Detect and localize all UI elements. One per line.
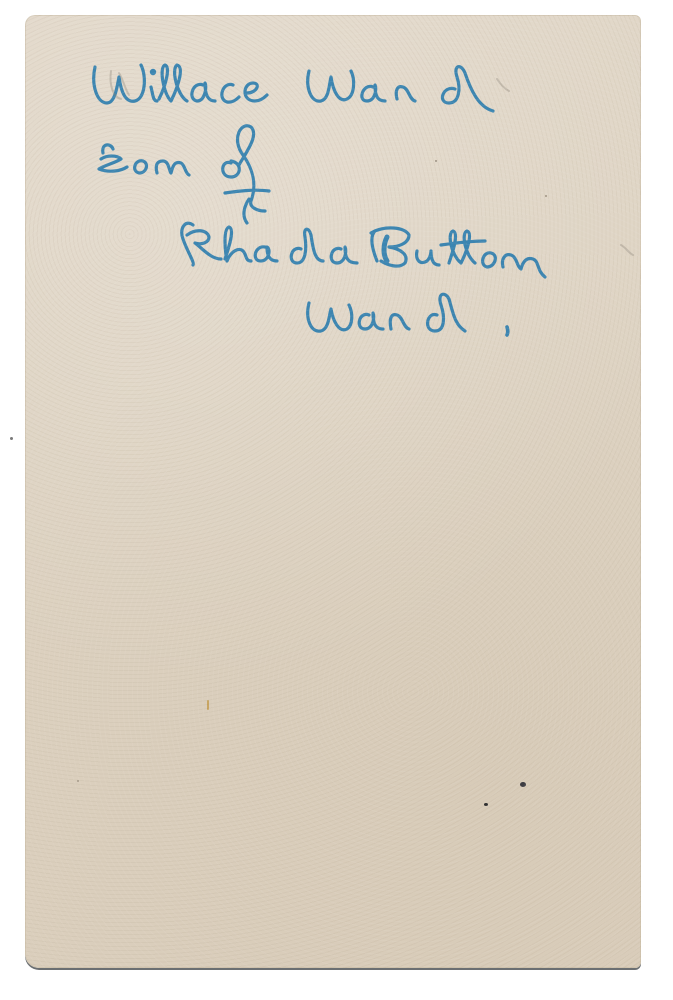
handwriting-strokes: [25, 15, 641, 355]
handwritten-inscription: Willace Ward Son of Rhoda Button Ward.: [25, 15, 641, 355]
stain-mark: [545, 195, 547, 197]
ink-speck: [484, 803, 488, 806]
stain-mark: [77, 780, 79, 782]
photo-card-back: Willace Ward Son of Rhoda Button Ward.: [25, 15, 641, 968]
stain-mark: [207, 700, 209, 710]
stain-mark: [435, 160, 437, 162]
ink-speck: [520, 782, 526, 787]
scan-dust-speck: [10, 437, 13, 440]
